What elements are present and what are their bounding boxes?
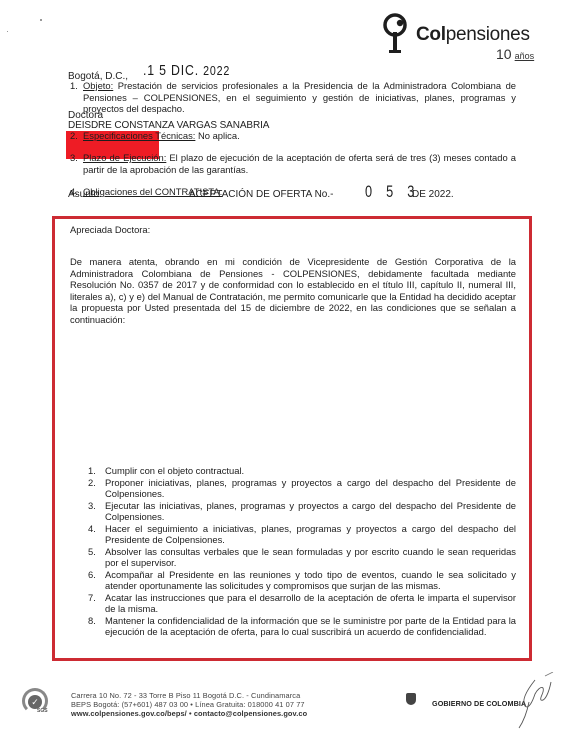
item-number: 4. (70, 186, 78, 198)
footer-phones: BEPS Bogotá: (57+601) 487 03 00 • Línea … (71, 700, 307, 709)
footer-web: www.colpensiones.gov.co/beps/ • contacto… (71, 709, 307, 718)
salutation: Apreciada Doctora: (70, 224, 516, 236)
item-text: Prestación de servicios profesionales a … (83, 80, 516, 114)
item-heading: Plazo de Ejecución: (83, 152, 166, 163)
item-number: 2. (70, 130, 78, 142)
scan-speck (40, 19, 42, 21)
sgs-certification-seal-icon: ✓ SGS (20, 688, 50, 720)
condition-item-term: 3. Plazo de Ejecución: El plazo de ejecu… (70, 152, 516, 175)
obligation-item: 7.Acatar las instrucciones que para el d… (88, 592, 516, 614)
obligation-item: 8.Mantener la confidencialidad de la inf… (88, 615, 516, 637)
obligation-item: 3.Ejecutar las iniciativas, planes, prog… (88, 500, 516, 522)
item-heading: Obligaciones del CONTRATISTA: (83, 186, 222, 197)
obligation-item: 6.Acompañar al Presidente en las reunion… (88, 569, 516, 591)
colpensiones-logo-icon (382, 12, 416, 54)
condition-item-object: 1. Objeto: Prestación de servicios profe… (70, 80, 516, 115)
date-stamp: .1 5 DIC. 2022 (143, 62, 230, 79)
item-text: No aplica. (195, 130, 239, 141)
item-heading: Especificaciones Técnicas: (83, 130, 195, 141)
obligation-item: 2.Proponer iniciativas, planes, programa… (88, 477, 516, 499)
item-heading: Objeto: (83, 80, 113, 91)
logo-anniversary: 10 años (496, 46, 534, 62)
logo-wordmark: Colpensiones (416, 24, 530, 46)
condition-item-specs: 2. Especificaciones Técnicas: No aplica. (70, 130, 516, 142)
handwritten-initials-icon (505, 672, 557, 732)
footer-contact: Carrera 10 No. 72 - 33 Torre B Piso 11 B… (71, 691, 307, 718)
obligation-item: 5.Absolver las consultas verbales que le… (88, 546, 516, 568)
item-number: 3. (70, 152, 78, 164)
item-number: 1. (70, 80, 78, 92)
footer-address: Carrera 10 No. 72 - 33 Torre B Piso 11 B… (71, 691, 307, 700)
condition-item-obligations: 4. Obligaciones del CONTRATISTA: (70, 186, 516, 198)
colpensiones-logo: Colpensiones 10 años (382, 10, 552, 62)
colombia-coat-of-arms-icon (406, 693, 416, 705)
obligation-item: 1.Cumplir con el objeto contractual. (88, 465, 516, 476)
scan-speck (7, 31, 8, 32)
intro-paragraph: De manera atenta, obrando en mi condició… (70, 256, 516, 326)
obligation-item: 4.Hacer el seguimiento a iniciativas, pl… (88, 523, 516, 545)
